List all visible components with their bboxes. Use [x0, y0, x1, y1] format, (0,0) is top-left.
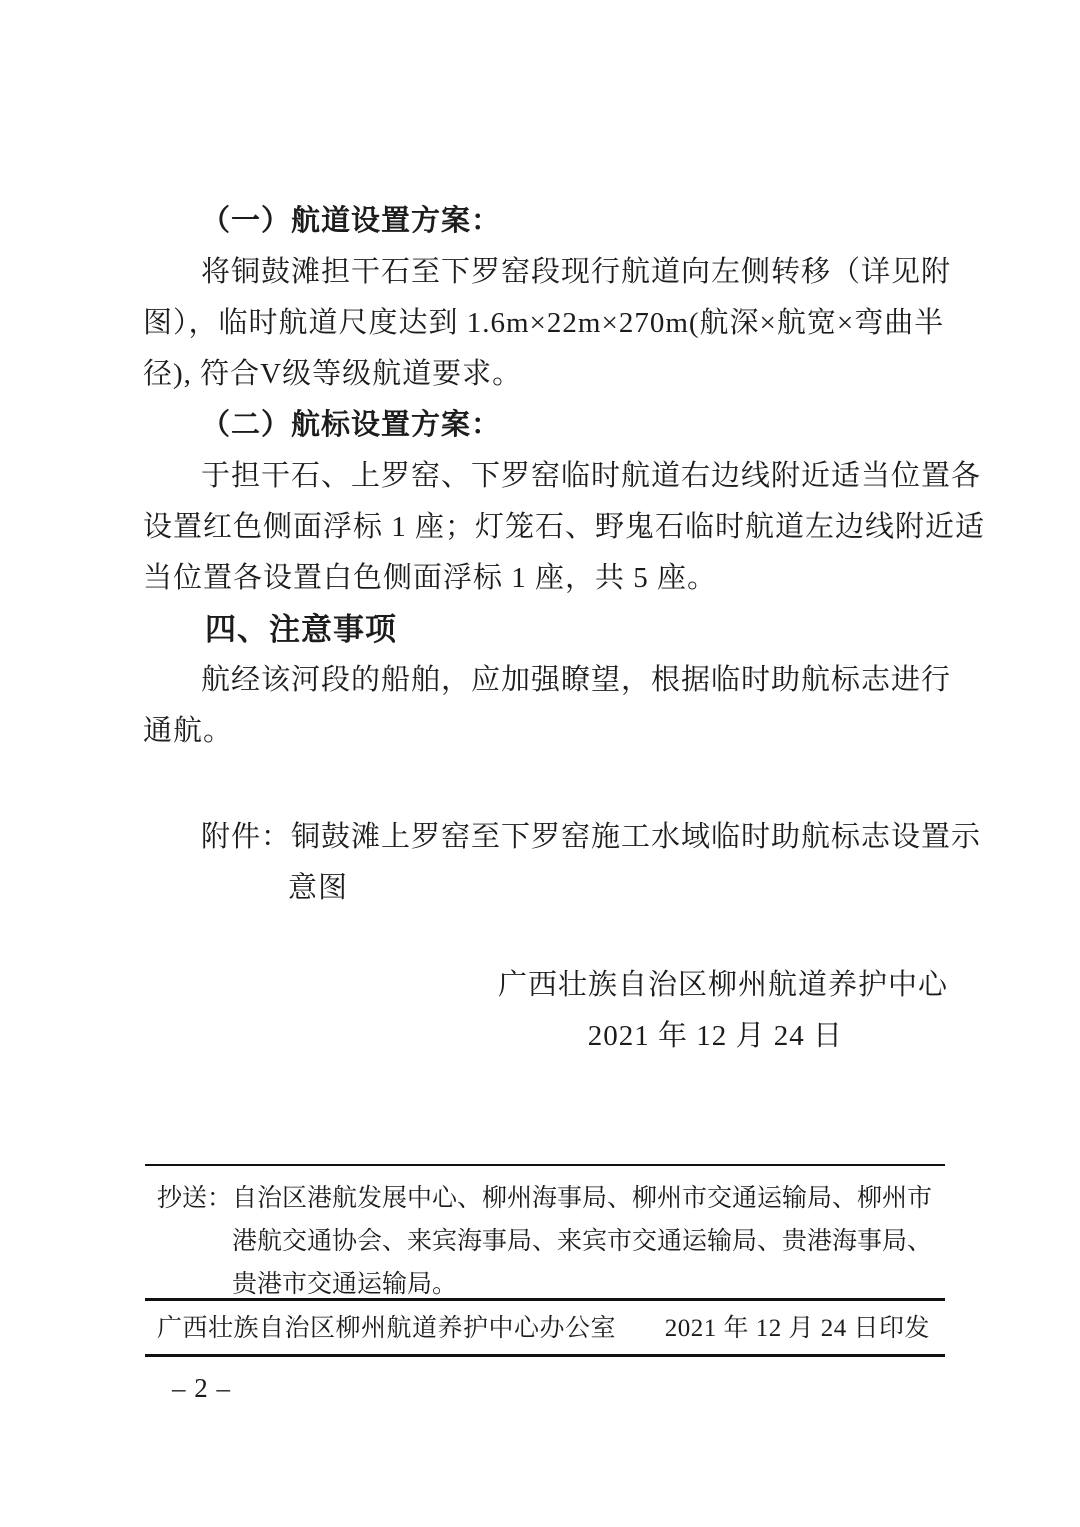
section-4-paragraph: 航经该河段的船舶，应加强瞭望，根据临时助航标志进行 通航。 — [143, 655, 1023, 757]
attachment-label: 附件： — [201, 821, 291, 853]
cc-separator-line-top — [145, 1164, 945, 1166]
cc-label: 抄送： — [157, 1185, 232, 1212]
colophon-row: 广西壮族自治区柳州航道养护中心办公室 2021 年 12 月 24 日印发 — [145, 1306, 945, 1346]
section-1-heading: （一）航道设置方案： — [143, 196, 1023, 247]
colophon-separator-line-top — [145, 1298, 945, 1301]
section-1-paragraph: 将铜鼓滩担干石至下罗窑段现行航道向左侧转移（详见附 图），临时航道尺度达到 1.… — [143, 247, 1023, 400]
section-2-paragraph: 于担干石、上罗窑、下罗窑临时航道右边线附近适当位置各 设置红色侧面浮标 1 座；… — [143, 451, 1023, 604]
attachment-title: 铜鼓滩上罗窑至下罗窑施工水域临时助航标志设置示 意图 — [288, 821, 981, 904]
issuing-office: 广西壮族自治区柳州航道养护中心办公室 — [157, 1308, 616, 1344]
print-date: 2021 年 12 月 24 日印发 — [665, 1308, 930, 1344]
colophon-separator-line-bottom — [145, 1354, 945, 1357]
cc-recipients: 自治区港航发展中心、柳州海事局、柳州市交通运输局、柳州市 港航交通协会、来宾海事… — [232, 1185, 932, 1298]
signature-organization: 广西壮族自治区柳州航道养护中心 — [143, 960, 1023, 1011]
section-2-heading: （二）航标设置方案： — [143, 400, 1023, 451]
cc-block: 抄送：自治区港航发展中心、柳州海事局、柳州市交通运输局、柳州市 港航交通协会、来… — [157, 1177, 1032, 1306]
page-number: – 2 – — [172, 1372, 231, 1404]
document-body: （一）航道设置方案： 将铜鼓滩担干石至下罗窑段现行航道向左侧转移（详见附 图），… — [143, 196, 1023, 1062]
document-page: （一）航道设置方案： 将铜鼓滩担干石至下罗窑段现行航道向左侧转移（详见附 图），… — [0, 0, 1080, 1527]
signature-date: 2021 年 12 月 24 日 — [143, 1011, 843, 1062]
section-4-heading: 四、注意事项 — [143, 604, 1023, 655]
attachment-note: 附件：铜鼓滩上罗窑至下罗窑施工水域临时助航标志设置示 意图 — [201, 812, 1023, 914]
